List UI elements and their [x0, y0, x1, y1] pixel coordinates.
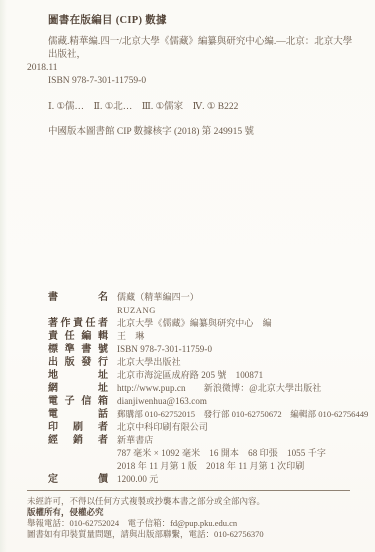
colophon-row-email: 電子信箱 dianjiwenhua@163.com	[27, 395, 357, 408]
colophon-section: 書名 儒藏（精華編四一） RUZANG 著作責任者 北京大學《儒藏》編纂與研究中…	[27, 291, 357, 486]
colophon-value: 2018 年 11 月第 1 版 2018 年 11 月第 1 次印刷	[117, 460, 304, 473]
colophon-row-publisher: 出版發行 北京大學出版社	[27, 356, 357, 369]
colophon-value: RUZANG	[117, 304, 156, 317]
colophon-label: 電子信箱	[48, 395, 108, 408]
colophon-row-edition: 2018 年 11 月第 1 版 2018 年 11 月第 1 次印刷	[27, 460, 357, 473]
colophon-value: 北京大學出版社	[117, 356, 181, 369]
colophon-row-title: 書名 儒藏（精華編四一）	[27, 291, 357, 304]
colophon-row-website: 網址 http://www.pup.cn 新浪微博：@北京大學出版社	[27, 382, 357, 395]
colophon-label: 責任編輯	[48, 330, 108, 343]
colophon-row-format: 787 毫米 × 1092 毫米 16 開本 68 印張 1055 千字	[27, 447, 357, 460]
colophon-value: 王 琳	[117, 330, 144, 343]
colophon-row-address: 地址 北京市海淀區成府路 205 號 100871	[27, 369, 357, 382]
colophon-row-pinyin: RUZANG	[27, 304, 357, 317]
cip-section: 圖書在版編目 (CIP) 數據 儒藏.精華編.四一/北京大學《儒藏》編纂與研究中…	[27, 14, 357, 139]
cip-title: 圖書在版編目 (CIP) 數據	[48, 14, 357, 27]
cip-record-number: 中國版本圖書館 CIP 數據核字 (2018) 第 249915 號	[48, 126, 357, 139]
colophon-label: 電話	[48, 408, 108, 421]
rights-notice: 版權所有，侵權必究	[27, 507, 357, 518]
colophon-row-price: 定價 1200.00 元	[27, 473, 357, 486]
colophon-value: 郵購部 010-62752015 發行部 010-62750672 編輯部 01…	[117, 408, 368, 421]
cip-description-line2: 2018.11	[27, 62, 357, 75]
colophon-row-printer: 印刷者 北京中科印刷有限公司	[27, 421, 357, 434]
colophon-label: 標準書號	[48, 343, 108, 356]
colophon-value: 787 毫米 × 1092 毫米 16 開本 68 印張 1055 千字	[117, 447, 326, 460]
colophon-value: 新華書店	[117, 434, 153, 447]
colophon-row-distributor: 經銷者 新華書店	[27, 434, 357, 447]
cip-classification: Ⅰ. ①儒… Ⅱ. ①北… Ⅲ. ①儒家 Ⅳ. ① B222	[48, 101, 357, 114]
colophon-value: http://www.pup.cn 新浪微博：@北京大學出版社	[117, 382, 321, 395]
copyright-page: 圖書在版編目 (CIP) 數據 儒藏.精華編.四一/北京大學《儒藏》編纂與研究中…	[0, 0, 375, 552]
colophon-label: 印刷者	[48, 421, 108, 434]
colophon-row-phone: 電話 郵購部 010-62752015 發行部 010-62750672 編輯部…	[27, 408, 357, 421]
colophon-label: 書名	[48, 291, 108, 304]
colophon-label: 網址	[48, 382, 108, 395]
colophon-value: 北京大學《儒藏》編纂與研究中心 編	[117, 317, 272, 330]
report-contact: 舉報電話：010-62752024 電子信箱：fd@pup.pku.edu.cn	[27, 518, 357, 529]
colophon-row-isbn: 標準書號 ISBN 978-7-301-11759-0	[27, 343, 357, 356]
quality-contact: 圖書如有印裝質量問題，請與出版部聯繫，電話：010-62756370	[27, 529, 357, 540]
divider	[27, 490, 350, 491]
copy-notice: 未經許可，不得以任何方式複製或抄襲本書之部分或全部內容。	[27, 496, 357, 507]
footer-section: 未經許可，不得以任何方式複製或抄襲本書之部分或全部內容。 版權所有，侵權必究 舉…	[27, 496, 357, 540]
colophon-value: 1200.00 元	[117, 473, 158, 486]
cip-description: 儒藏.精華編.四一/北京大學《儒藏》編纂與研究中心編.—北京：北京大學出版社， …	[27, 36, 357, 75]
colophon-value: 儒藏（精華編四一）	[117, 291, 199, 304]
colophon-label: 著作責任者	[48, 317, 108, 330]
colophon-label: 經銷者	[48, 434, 108, 447]
colophon-label: 定價	[48, 473, 108, 486]
colophon-label: 地址	[48, 369, 108, 382]
cip-isbn: ISBN 978-7-301-11759-0	[48, 75, 357, 88]
colophon-row-editor: 責任編輯 王 琳	[27, 330, 357, 343]
colophon-row-author: 著作責任者 北京大學《儒藏》編纂與研究中心 編	[27, 317, 357, 330]
colophon-value: dianjiwenhua@163.com	[117, 395, 207, 408]
cip-description-line1: 儒藏.精華編.四一/北京大學《儒藏》編纂與研究中心編.—北京：北京大學出版社，	[48, 36, 357, 62]
colophon-value: ISBN 978-7-301-11759-0	[117, 343, 212, 356]
colophon-value: 北京中科印刷有限公司	[117, 421, 208, 434]
colophon-label: 出版發行	[48, 356, 108, 369]
colophon-value: 北京市海淀區成府路 205 號 100871	[117, 369, 263, 382]
